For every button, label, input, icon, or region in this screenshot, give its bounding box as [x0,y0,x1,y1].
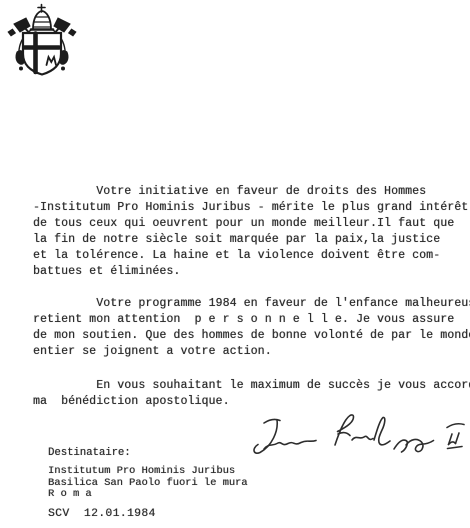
recipient-line-city: R o m a [48,489,248,501]
reference-date-line: SCV 12.01.1984 [48,508,156,520]
recipient-block: Destinataire: Institutum Pro Hominis Jur… [48,448,248,501]
recipient-line-institution: Institutum Pro Hominis Juribus [48,466,248,478]
scanned-letter-page: Votre initiative en faveur de droits des… [0,0,470,528]
recipient-label: Destinataire: [48,448,248,460]
papal-tiara-icon [31,11,53,30]
paragraph-1: Votre initiative en faveur de droits des… [33,184,470,281]
signature-jean-paul-ii [243,404,468,470]
letter-body: Votre initiative en faveur de droits des… [33,184,470,410]
paragraph-2: Votre programme 1984 en faveur de l'enfa… [33,296,470,360]
papal-coat-of-arms-icon [4,2,80,82]
shield-with-cross-icon [23,33,61,75]
